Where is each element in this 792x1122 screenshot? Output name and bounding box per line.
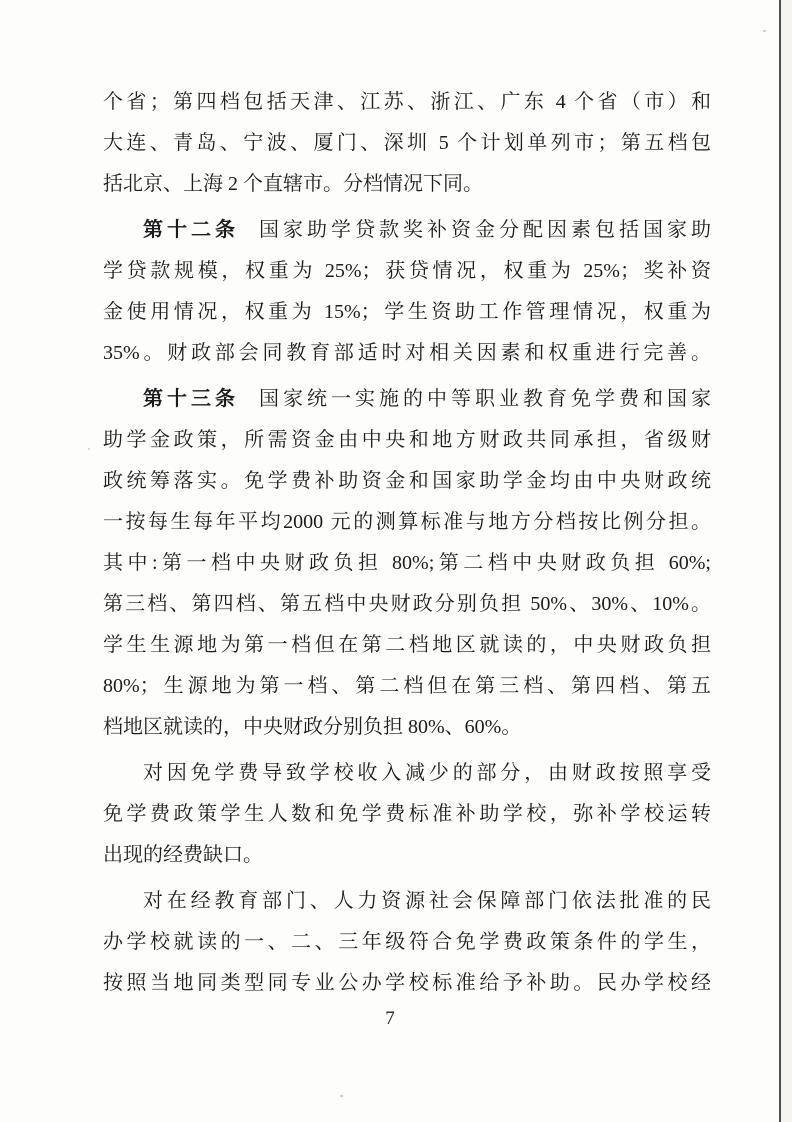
- line-text: 免学费政策学生人数和免学费标准补助学校，弥补学校运转: [103, 803, 711, 825]
- text-line: 其中:第一档中央财政负担 80%;第二档中央财政负担 60%;: [103, 543, 711, 584]
- text-line: 个省；第四档包括天津、江苏、浙江、广东 4 个省（市）和: [103, 82, 711, 123]
- line-text: 对在经教育部门、人力资源社会保障部门依法批准的民: [143, 890, 711, 912]
- line-text: 第三档、第四档、第五档中央财政分别负担 50%、30%、10%。: [103, 593, 711, 615]
- document-page: 个省；第四档包括天津、江苏、浙江、广东 4 个省（市）和大连、青岛、宁波、厦门、…: [0, 0, 792, 1122]
- text-line: 第三档、第四档、第五档中央财政分别负担 50%、30%、10%。: [103, 584, 711, 625]
- text-line: 助学金政策，所需资金由中央和地方财政共同承担，省级财: [103, 420, 711, 461]
- line-text: 括北京、上海 2 个直辖市。分档情况下同。: [103, 173, 483, 195]
- text-line: 免学费政策学生人数和免学费标准补助学校，弥补学校运转: [103, 794, 711, 835]
- text-line: 80%；生源地为第一档、第二档但在第三档、第四档、第五: [103, 666, 711, 707]
- scan-speck: [763, 30, 766, 32]
- line-text: 其中:第一档中央财政负担 80%;第二档中央财政负担 60%;: [103, 552, 711, 574]
- line-text: 80%；生源地为第一档、第二档但在第三档、第四档、第五: [103, 675, 711, 697]
- article-number: 第十三条: [143, 388, 239, 410]
- line-text: 出现的经费缺口。: [103, 844, 263, 866]
- line-text: 学生生源地为第一档但在第二档地区就读的，中央财政负担: [103, 634, 711, 656]
- text-line: 金使用情况，权重为 15%；学生资助工作管理情况，权重为: [103, 292, 711, 333]
- text-line: 对因免学费导致学校收入减少的部分，由财政按照享受: [103, 753, 711, 794]
- line-text: 按照当地同类型同专业公办学校标准给予补助。民办学校经: [103, 972, 711, 994]
- text-line: 35%。财政部会同教育部适时对相关因素和权重进行完善。: [103, 333, 711, 374]
- text-line: 大连、青岛、宁波、厦门、深圳 5 个计划单列市；第五档包: [103, 123, 711, 164]
- line-text: 对因免学费导致学校收入减少的部分，由财政按照享受: [143, 762, 711, 784]
- line-text: 一按每生每年平均2000 元的测算标准与地方分档按比例分担。: [103, 511, 711, 533]
- line-text: 金使用情况，权重为 15%；学生资助工作管理情况，权重为: [103, 301, 711, 323]
- line-text: 办学校就读的一、二、三年级符合免学费政策条件的学生，: [103, 931, 711, 953]
- line-text: 国家统一实施的中等职业教育免学费和国家: [259, 388, 711, 410]
- line-text: 国家助学贷款奖补资金分配因素包括国家助: [259, 219, 711, 241]
- text-line: 第十三条国家统一实施的中等职业教育免学费和国家: [103, 379, 711, 420]
- text-line: 出现的经费缺口。: [103, 835, 711, 876]
- line-text: 学贷款规模，权重为 25%；获贷情况，权重为 25%；奖补资: [103, 260, 711, 282]
- scan-edge-strip: [781, 0, 792, 1122]
- document-body: 个省；第四档包括天津、江苏、浙江、广东 4 个省（市）和大连、青岛、宁波、厦门、…: [103, 82, 711, 1004]
- text-line: 政统筹落实。免学费补助资金和国家助学金均由中央财政统: [103, 461, 711, 502]
- line-text: 政统筹落实。免学费补助资金和国家助学金均由中央财政统: [103, 470, 711, 492]
- scan-speck: [340, 1095, 343, 1097]
- article-number: 第十二条: [143, 219, 239, 241]
- text-line: 括北京、上海 2 个直辖市。分档情况下同。: [103, 164, 711, 205]
- scan-edge-line: [779, 0, 781, 1122]
- text-line: 档地区就读的，中央财政分别负担 80%、60%。: [103, 707, 711, 748]
- scan-speck: [88, 448, 90, 450]
- line-text: 大连、青岛、宁波、厦门、深圳 5 个计划单列市；第五档包: [103, 132, 711, 154]
- line-text: 个省；第四档包括天津、江苏、浙江、广东 4 个省（市）和: [103, 91, 711, 113]
- text-line: 学贷款规模，权重为 25%；获贷情况，权重为 25%；奖补资: [103, 251, 711, 292]
- text-line: 对在经教育部门、人力资源社会保障部门依法批准的民: [103, 881, 711, 922]
- line-text: 档地区就读的，中央财政分别负担 80%、60%。: [103, 716, 521, 738]
- text-line: 按照当地同类型同专业公办学校标准给予补助。民办学校经: [103, 963, 711, 1004]
- page-number: 7: [330, 1008, 450, 1030]
- line-text: 35%。财政部会同教育部适时对相关因素和权重进行完善。: [103, 342, 711, 364]
- text-line: 第十二条国家助学贷款奖补资金分配因素包括国家助: [103, 210, 711, 251]
- text-line: 办学校就读的一、二、三年级符合免学费政策条件的学生，: [103, 922, 711, 963]
- text-line: 学生生源地为第一档但在第二档地区就读的，中央财政负担: [103, 625, 711, 666]
- text-line: 一按每生每年平均2000 元的测算标准与地方分档按比例分担。: [103, 502, 711, 543]
- line-text: 助学金政策，所需资金由中央和地方财政共同承担，省级财: [103, 429, 711, 451]
